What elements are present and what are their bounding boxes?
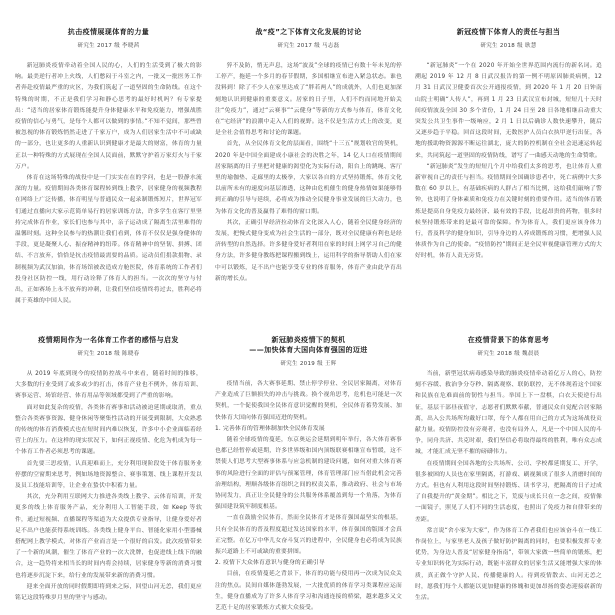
article-panel-6: 在疫情背景下的体育思考 研究生 2018 级 魏晨晨 当前，新型冠状病毒感染导致… — [413, 335, 604, 611]
article-panel-5: 新冠肺炎疫情下的契机——加快体育大国向体育强国的迈进 研究生 2019 级 王辉… — [213, 335, 404, 611]
paragraph: 疫情当前，各大赛事延期、禁止停学停业、全民居家隔离，对体育产业造成了巨额损失的冲… — [215, 379, 402, 424]
paragraph: 其次，正确引导经济拉动体育文化深入人心，随着全民健身经济的发展，把慢式健身变成为… — [215, 218, 402, 285]
article-body: 猝不及防，悄无声息，这场“波及”全球的疫情已有数十年未见的停工停产，拖延一个多月… — [215, 61, 402, 285]
paragraph: 从 2019 年底到现今的疫情防控战斗中来看，随着时间的推移，大多数的行业受到了… — [15, 369, 202, 403]
paragraph: 在疫情期间全国各地的公共场所、公司、学校都延期复工、开学，很多被困的人员也在家里… — [415, 459, 602, 526]
article-author: 研究生 2018 级 陈晓春 — [15, 350, 202, 358]
article-title: 战“疫”之下体育文化发展的讨论 — [215, 27, 402, 37]
articles-grid: 抗击疫情展现体育的力量 研究生 2017 级 李晓茜 新冠肺炎疫情牵动着全国人民… — [13, 27, 604, 611]
article-title: 新冠肺炎疫情下的契机——加快体育大国向体育强国的迈进 — [215, 335, 402, 355]
article-author: 研究生 2018 级 耿慧 — [415, 42, 602, 50]
paragraph: 猝不及防，悄无声息，这场“波及”全球的疫情已有数十年未见的停工停产，拖延一个多月… — [215, 61, 402, 139]
title-line: ——加快体育大国向体育强国的迈进 — [215, 345, 402, 355]
paragraph: 面对如此复杂的疫情，各类体育赛事和活动被迫延期或取消，重点整合各类赛事资源、健身… — [15, 403, 202, 459]
title-line: 战“疫”之下体育文化发展的讨论 — [215, 27, 402, 37]
title-line: 新冠肺炎疫情下的契机 — [215, 335, 402, 345]
paragraph: 体育在这场特殊的战役中是一门实实在在的学问，也是一股静水流深的力量。疫情期间各类… — [15, 173, 202, 303]
title-line: 疫情期间作为一名体育工作者的感悟与启发 — [15, 335, 202, 345]
section-heading: 1. 完善体育的管理体制加快全民体育发展 — [215, 424, 402, 435]
article-title: 疫情期间作为一名体育工作者的感悟与启发 — [15, 335, 202, 345]
article-body: “新冠肺炎”一个在 2020 年开始全世界范围内流行的新名词。追溯起 2019 … — [415, 61, 602, 263]
article-title: 抗击疫情展现体育的力量 — [15, 27, 202, 37]
article-author: 研究生 2019 级 王辉 — [215, 360, 402, 368]
article-title: 新冠疫情下体育人的责任与担当 — [415, 27, 602, 37]
paragraph: “新冠肺炎”发生的短短几个月中给我们太多的思考，也让体育人重新审视自己的责任与担… — [415, 162, 602, 263]
article-author: 研究生 2017 级 李晓茜 — [15, 42, 202, 50]
article-body: 当前，新型冠状病毒感染导致的肺炎疫情牵动着亿万人的心，防控刻不容缓、救治争分夺秒… — [415, 369, 602, 604]
title-line: 在疫情背景下的体育思考 — [415, 335, 602, 345]
section-heading: 2. 疫情下大众体育意识与健身的正确引导 — [215, 558, 402, 569]
article-body: 疫情当前，各大赛事延期、禁止停学停业、全民居家隔离，对体育产业造成了巨额损失的冲… — [215, 379, 402, 611]
article-body: 从 2019 年底到现今的疫情防控战斗中来看，随着时间的推移，大多数的行业受到了… — [15, 369, 202, 604]
article-body: 新冠肺炎疫情牵动着全国人民的心，人们的生活受到了极大的影响。最美逆行者冲上火线，… — [15, 61, 202, 303]
article-panel-3: 新冠疫情下体育人的责任与担当 研究生 2018 级 耿慧 “新冠肺炎”一个在 2… — [413, 27, 604, 303]
paragraph: 首先要三思疫情，认真迎难而上，充分利用现阶段处于体育服务业停摆的空窗期来思考，例… — [15, 459, 202, 493]
paragraph: 常言说“舍小家为大家”，作为体育工作者我们也应该奋斗在一线工作岗位上，与家里老人… — [415, 526, 602, 604]
paragraph: 其次，充分利用互联网大力推进各类线上教学、云体育培训，开发更多的线上体育服务产品… — [15, 492, 202, 582]
paragraph: 新冠肺炎疫情牵动着全国人民的心，人们的生活受到了极大的影响。最美逆行者冲上火线，… — [15, 61, 202, 173]
title-line: 抗击疫情展现体育的力量 — [15, 27, 202, 37]
title-line: 新冠疫情下体育人的责任与担当 — [415, 27, 602, 37]
article-panel-4: 疫情期间作为一名体育工作者的感悟与启发 研究生 2018 级 陈晓春 从 201… — [13, 335, 204, 611]
article-panel-1: 抗击疫情展现体育的力量 研究生 2017 级 李晓茜 新冠肺炎疫情牵动着全国人民… — [13, 27, 204, 303]
paragraph: 一直在鼓励全民体育，然而全民体育才是体育强国最坚实的根基，只有全民体育的普及程度… — [215, 513, 402, 558]
article-author: 研究生 2017 级 马志磊 — [215, 42, 402, 50]
paragraph: 目前，在疫情蔓延之背景下，体育的功能与使用再一次成为民众关注的焦点。民间自媒体蓬… — [215, 569, 402, 611]
document-collage-page: 抗击疫情展现体育的力量 研究生 2017 级 李晓茜 新冠肺炎疫情牵动着全国人民… — [0, 0, 615, 615]
paragraph: 随着全球疫情的蔓延，东京奥运会延期到明年举行，各大体育赛事也都已经暂停或延期，许… — [215, 435, 402, 513]
paragraph: “新冠肺炎”一个在 2020 年开始全世界范围内流行的新名词。追溯起 2019 … — [415, 61, 602, 162]
paragraph: 当前，新型冠状病毒感染导致的肺炎疫情牵动着亿万人的心，防控刻不容缓、救治争分夺秒… — [415, 369, 602, 459]
article-author: 研究生 2018 级 魏晨晨 — [415, 350, 602, 358]
paragraph: 迎来全面开放的同时假期即将到来之际，回望山河无恙，我们更应铭记这段特殊岁月里的坚… — [15, 582, 202, 604]
paragraph: 首先，从全民体育文化的层面看，围绕“十三五”规划收官的契机，2020 年是中国全… — [215, 139, 402, 217]
article-title: 在疫情背景下的体育思考 — [415, 335, 602, 345]
article-panel-2: 战“疫”之下体育文化发展的讨论 研究生 2017 级 马志磊 猝不及防，悄无声息… — [213, 27, 404, 303]
